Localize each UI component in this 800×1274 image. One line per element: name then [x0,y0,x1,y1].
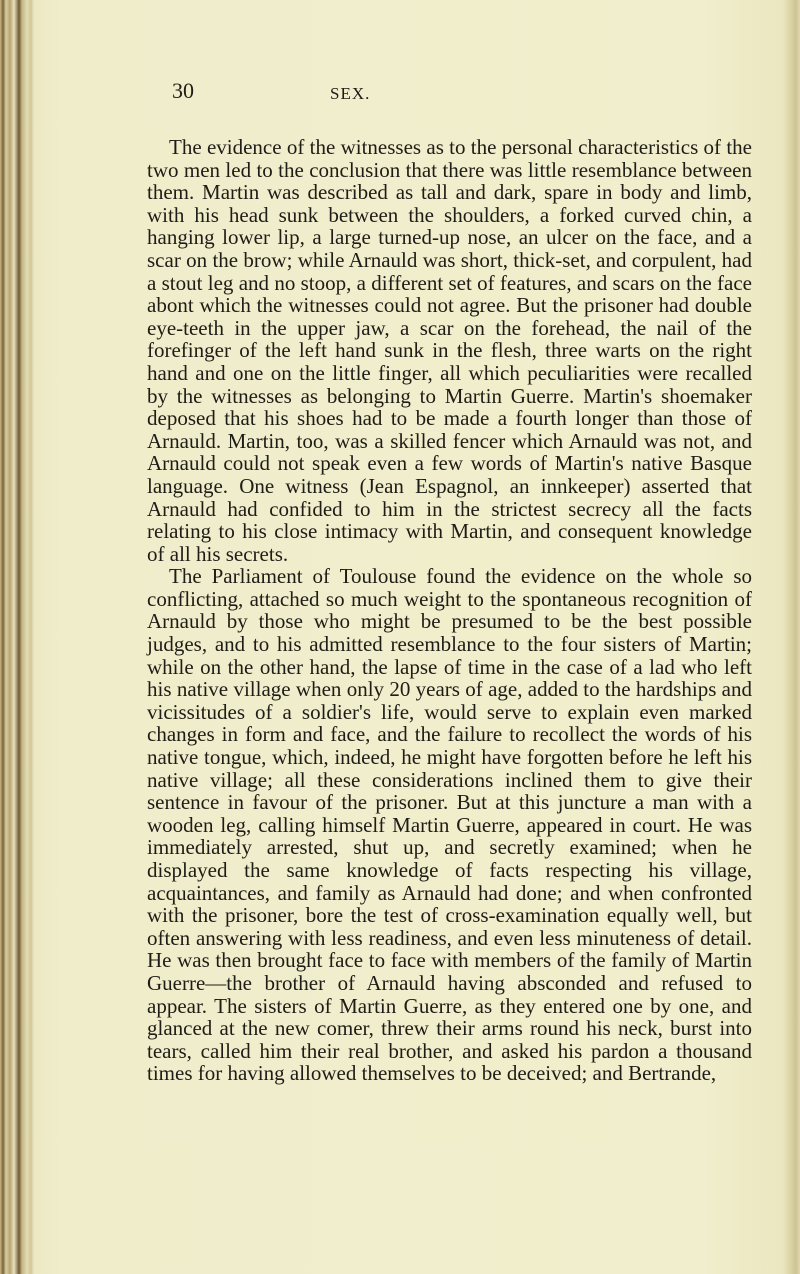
book-page: 30 SEX. The evidence of the witnesses as… [0,0,800,1274]
page-right-edge [782,0,800,1274]
book-binding-edge [0,0,34,1274]
body-text: The evidence of the witnesses as to the … [147,136,752,1085]
paragraph-1: The evidence of the witnesses as to the … [147,136,752,565]
page-header: 30 SEX. [0,78,800,108]
paragraph-2: The Parliament of Toulouse found the evi… [147,565,752,1085]
page-number: 30 [172,78,194,104]
running-head: SEX. [330,84,370,104]
